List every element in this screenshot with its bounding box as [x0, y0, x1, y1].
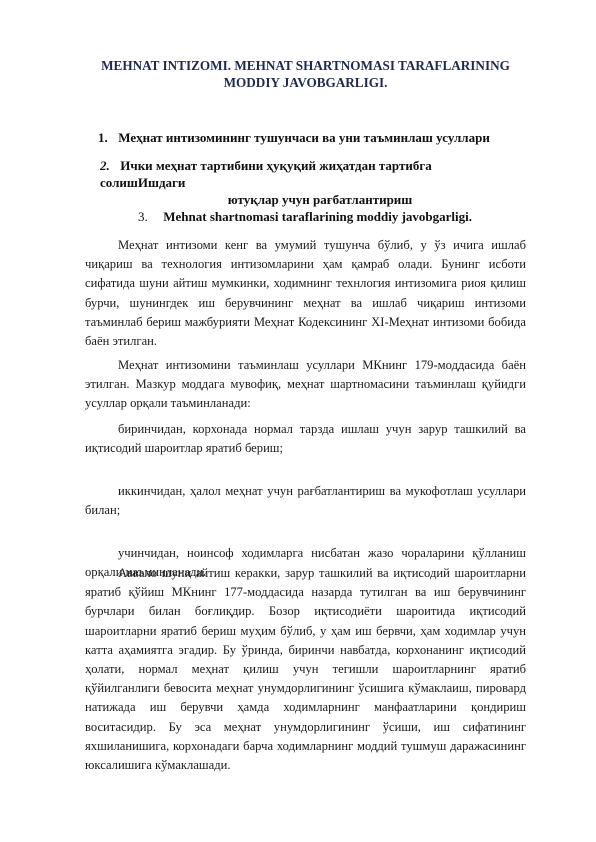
- outline-item-1: 1. Меҳнат интизомининг тушунчаси ва уни …: [98, 129, 490, 146]
- outline-text-continuation: ютуқлар учун рағбатлантириш: [100, 191, 520, 208]
- outline-item-3: 3. Mehnat shartnomasi taraflarining modd…: [138, 208, 472, 225]
- outline-text: Меҳнат интизомининг тушунчаси ва уни таъ…: [118, 130, 490, 145]
- outline-number: 2.: [100, 157, 117, 174]
- paragraph-4: иккинчидан, ҳалол меҳнат учун рағбатлант…: [85, 482, 526, 520]
- paragraph-2: Меҳнат интизомини таъминлаш усуллари МКн…: [85, 356, 526, 414]
- outline-number: 3.: [138, 208, 160, 225]
- outline-number: 1.: [98, 129, 115, 146]
- outline-text: Mehnat shartnomasi taraflarining moddiy …: [163, 209, 472, 224]
- outline-text: Ички меҳнат тартибини ҳуқуқий жиҳатдан т…: [100, 158, 432, 190]
- document-title: MEHNAT INTIZOMI. MEHNAT SHARTNOMASI TARA…: [85, 57, 526, 91]
- paragraph-6: Аввало шуни айтиш керакки, зарур ташкили…: [85, 564, 526, 775]
- outline-item-2: 2. Ички меҳнат тартибини ҳуқуқий жиҳатда…: [100, 157, 520, 208]
- paragraph-1: Меҳнат интизоми кенг ва умумий тушунча б…: [85, 236, 526, 351]
- paragraph-3: биринчидан, корхонада нормал тарзда ишла…: [85, 420, 526, 458]
